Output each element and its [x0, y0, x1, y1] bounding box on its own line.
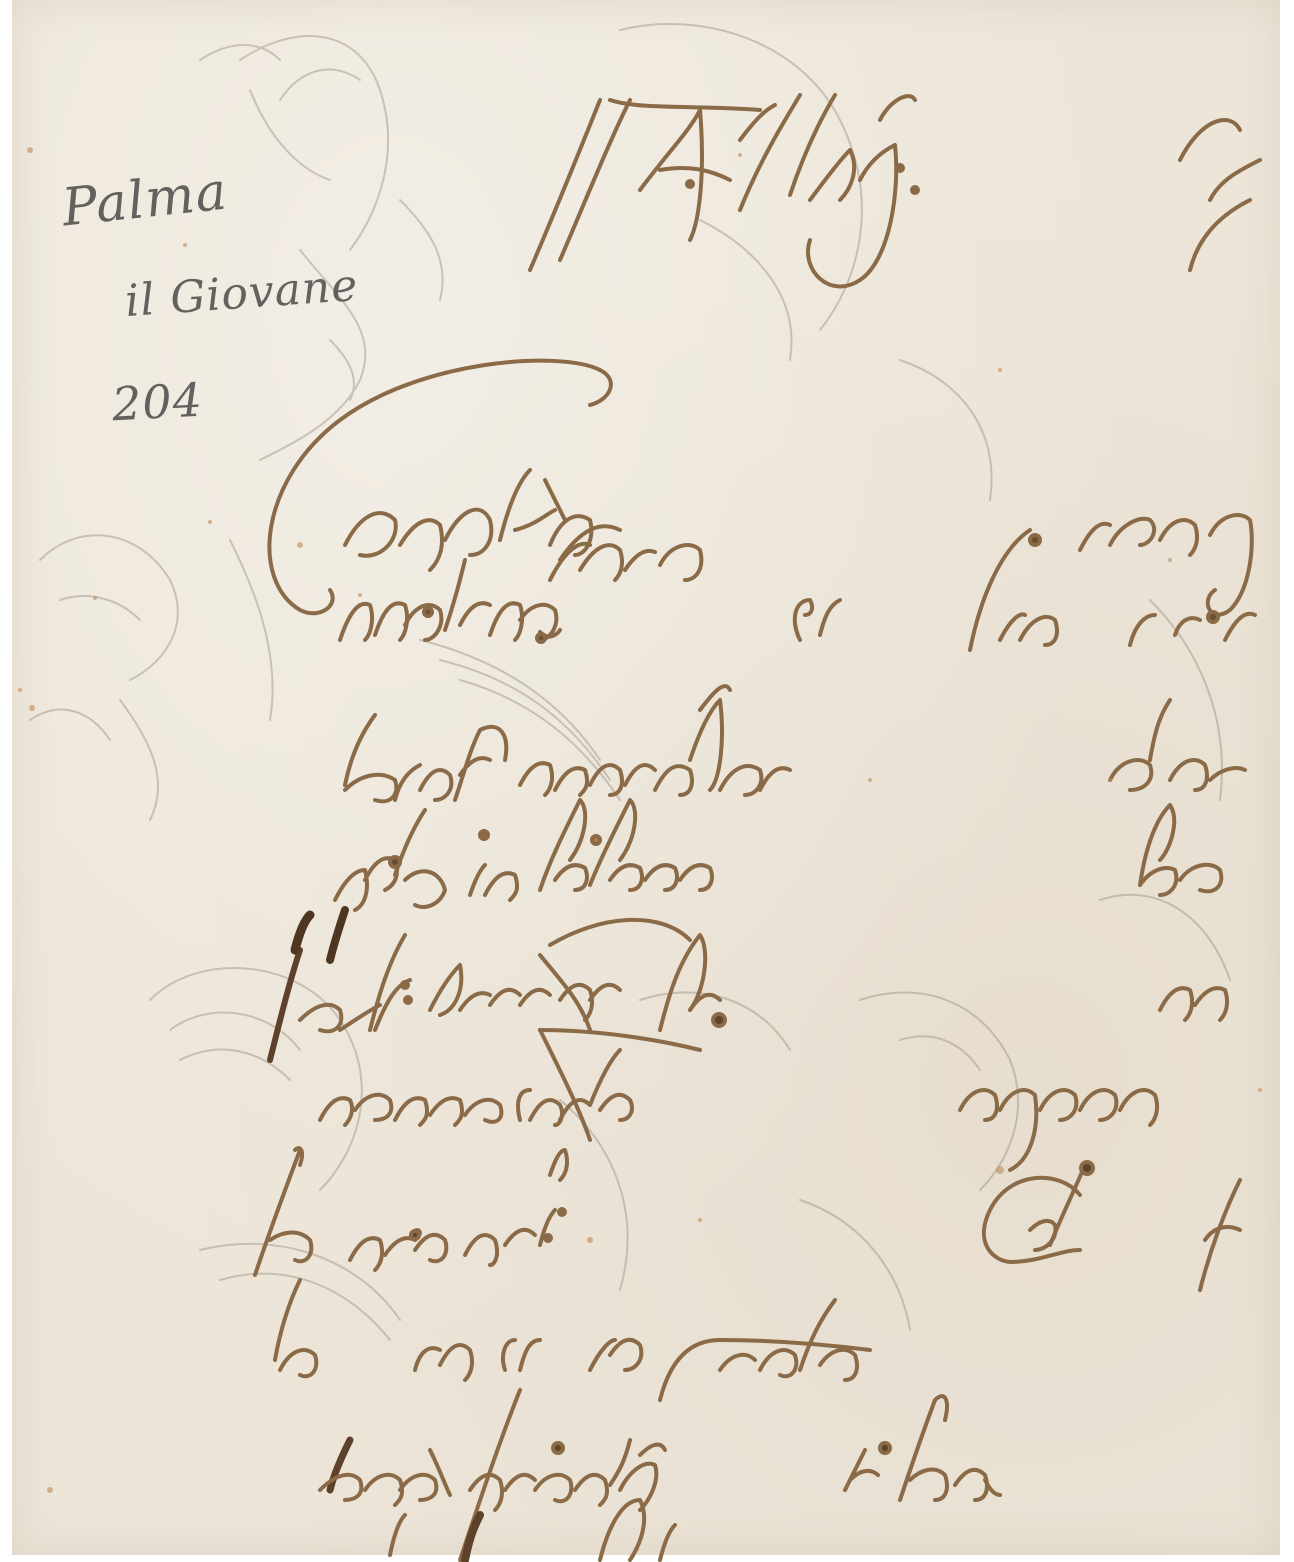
foxing-spots: [0, 0, 1294, 1562]
